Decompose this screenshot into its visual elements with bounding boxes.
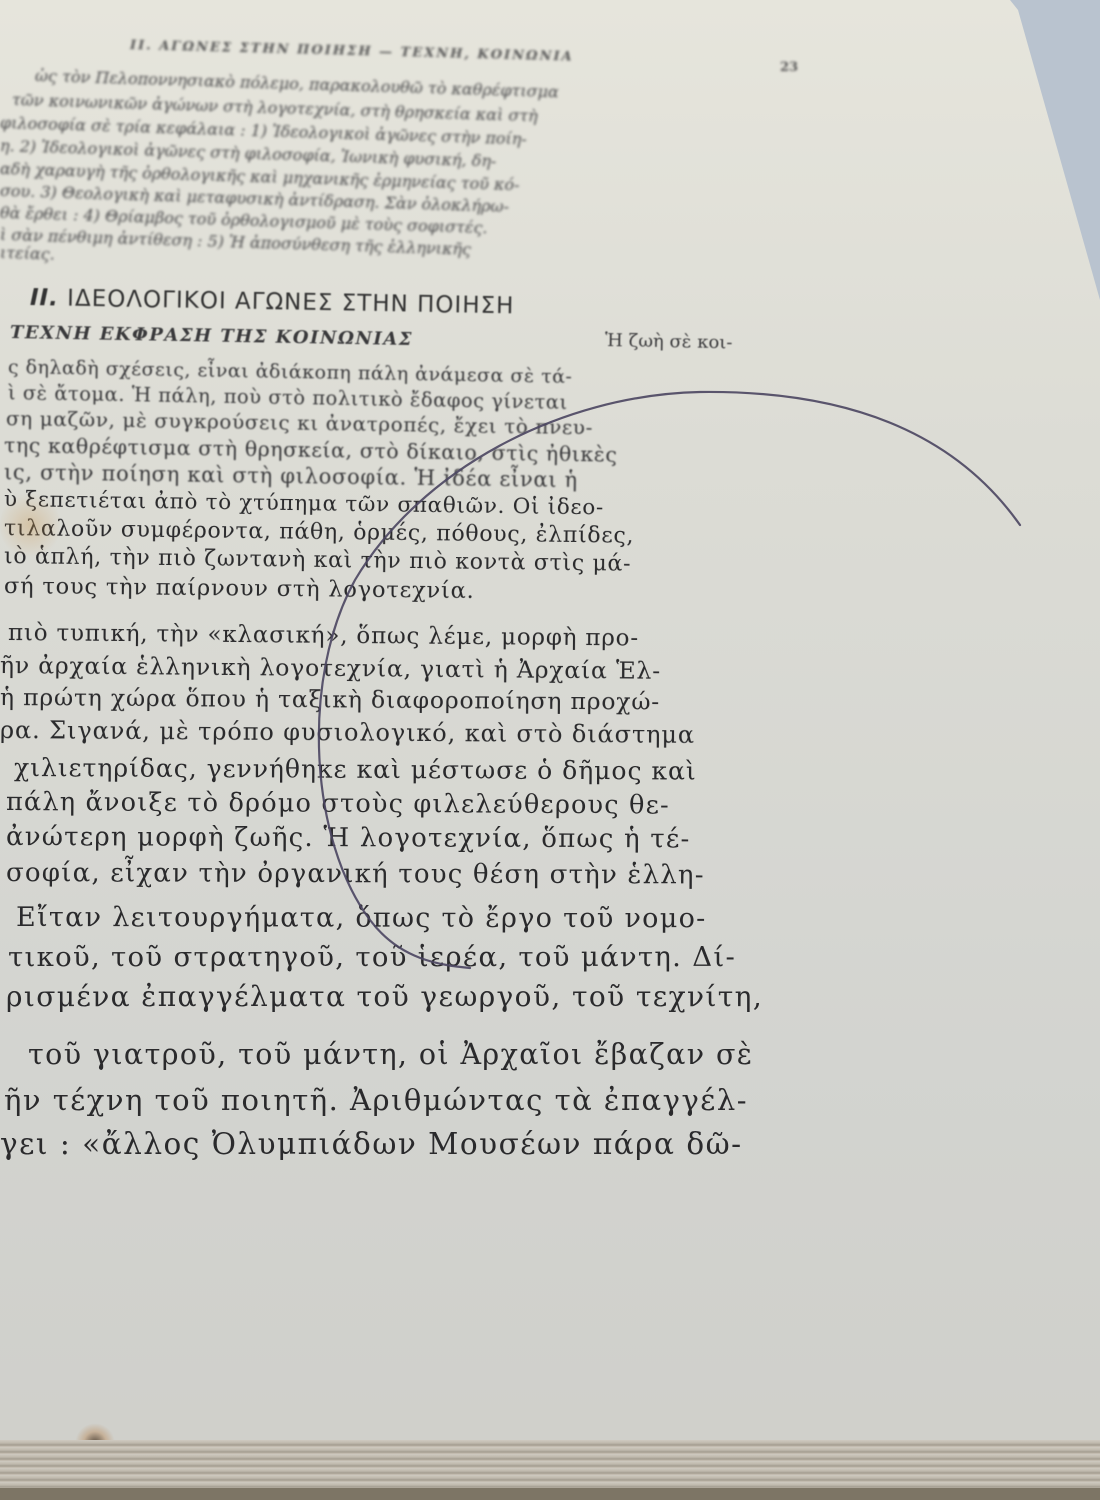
foxing-stain [0, 490, 60, 560]
body-line: ιὸ ἁπλή, τὴν πιὸ ζωντανὴ καὶ τὴν πιὸ κον… [4, 544, 631, 577]
body-line: πιὸ τυπική, τὴν «κλασική», ὅπως λέμε, μο… [8, 620, 639, 652]
book-page: II. ΑΓΩΝΕΣ ΣΤΗΝ ΠΟΙΗΣΗ — ΤΕΧΝΗ, ΚΟΙΝΩΝΙΑ… [0, 0, 1100, 1500]
subheading-run-in: Ἡ ζωὴ σὲ κοι- [605, 330, 733, 353]
body-line: ῆν τέχνη τοῦ ποιητῆ. Ἀριθμώντας τὰ ἐπαγγ… [4, 1083, 748, 1117]
page-number: 23 [780, 60, 798, 75]
intro-line: ιτείας. [0, 243, 55, 264]
body-line: ρα. Σιγανά, μὲ τρόπο φυσιολογικό, καὶ στ… [0, 716, 695, 749]
body-line: τικοῦ, τοῦ στρατηγοῦ, τοῦ ἱερέα, τοῦ μάν… [8, 941, 736, 973]
body-line: Εἴταν λειτουργήματα, ὅπως τὸ ἔργο τοῦ νο… [16, 902, 707, 934]
section-title: II. ΙΔΕΟΛΟΓΙΚΟΙ ΑΓΩΝΕΣ ΣΤΗΝ ΠΟΙΗΣΗ [30, 285, 515, 319]
body-line: τοῦ γιατροῦ, τοῦ μάντη, οἱ Ἀρχαῖοι ἔβαζα… [28, 1038, 754, 1071]
body-line: ὺ ξεπετιέται ἀπὸ τὸ χτύπημα τῶν σπαθιῶν.… [4, 487, 604, 520]
body-line: χιλιετηρίδας, γεννήθηκε καὶ μέστωσε ὁ δῆ… [14, 753, 697, 786]
body-line: ρισμένα ἐπαγγέλματα τοῦ γεωργοῦ, τοῦ τεχ… [6, 980, 763, 1013]
section-number: II. [30, 285, 59, 311]
running-head: II. ΑΓΩΝΕΣ ΣΤΗΝ ΠΟΙΗΣΗ — ΤΕΧΝΗ, ΚΟΙΝΩΝΙΑ [130, 38, 574, 65]
body-line: τιλαλοῦν συμφέροντα, πάθη, ὁρμές, πόθους… [4, 516, 634, 549]
body-line: ῆν ἀρχαία ἑλληνικὴ λογοτεχνία, γιατὶ ἡ Ἀ… [0, 651, 661, 685]
subheading: ΤΕΧΝΗ ΕΚΦΡΑΣΗ ΤΗΣ ΚΟΙΝΩΝΙΑΣ [10, 322, 413, 350]
body-line: ἀνώτερη μορφὴ ζωῆς. Ἡ λογοτεχνία, ὅπως ἡ… [6, 822, 691, 854]
body-line: σή τους τὴν παίρνουν στὴ λογοτεχνία. [4, 573, 475, 604]
body-line: σοφία, εἶχαν τὴν ὀργανική τους θέση στὴν… [6, 858, 705, 890]
page-edge-shadow [0, 1488, 1100, 1500]
section-title-text: ΙΔΕΟΛΟΓΙΚΟΙ ΑΓΩΝΕΣ ΣΤΗΝ ΠΟΙΗΣΗ [67, 286, 515, 320]
body-line: ἡ πρώτη χώρα ὅπου ἡ ταξικὴ διαφοροποίηση… [0, 683, 660, 716]
body-line: πάλη ἄνοιξε τὸ δρόμο στοὺς φιλελεύθερους… [6, 787, 670, 820]
body-line: γει : «ἄλλος Ὀλυμπιάδων Μουσέων πάρα δῶ- [0, 1127, 743, 1161]
